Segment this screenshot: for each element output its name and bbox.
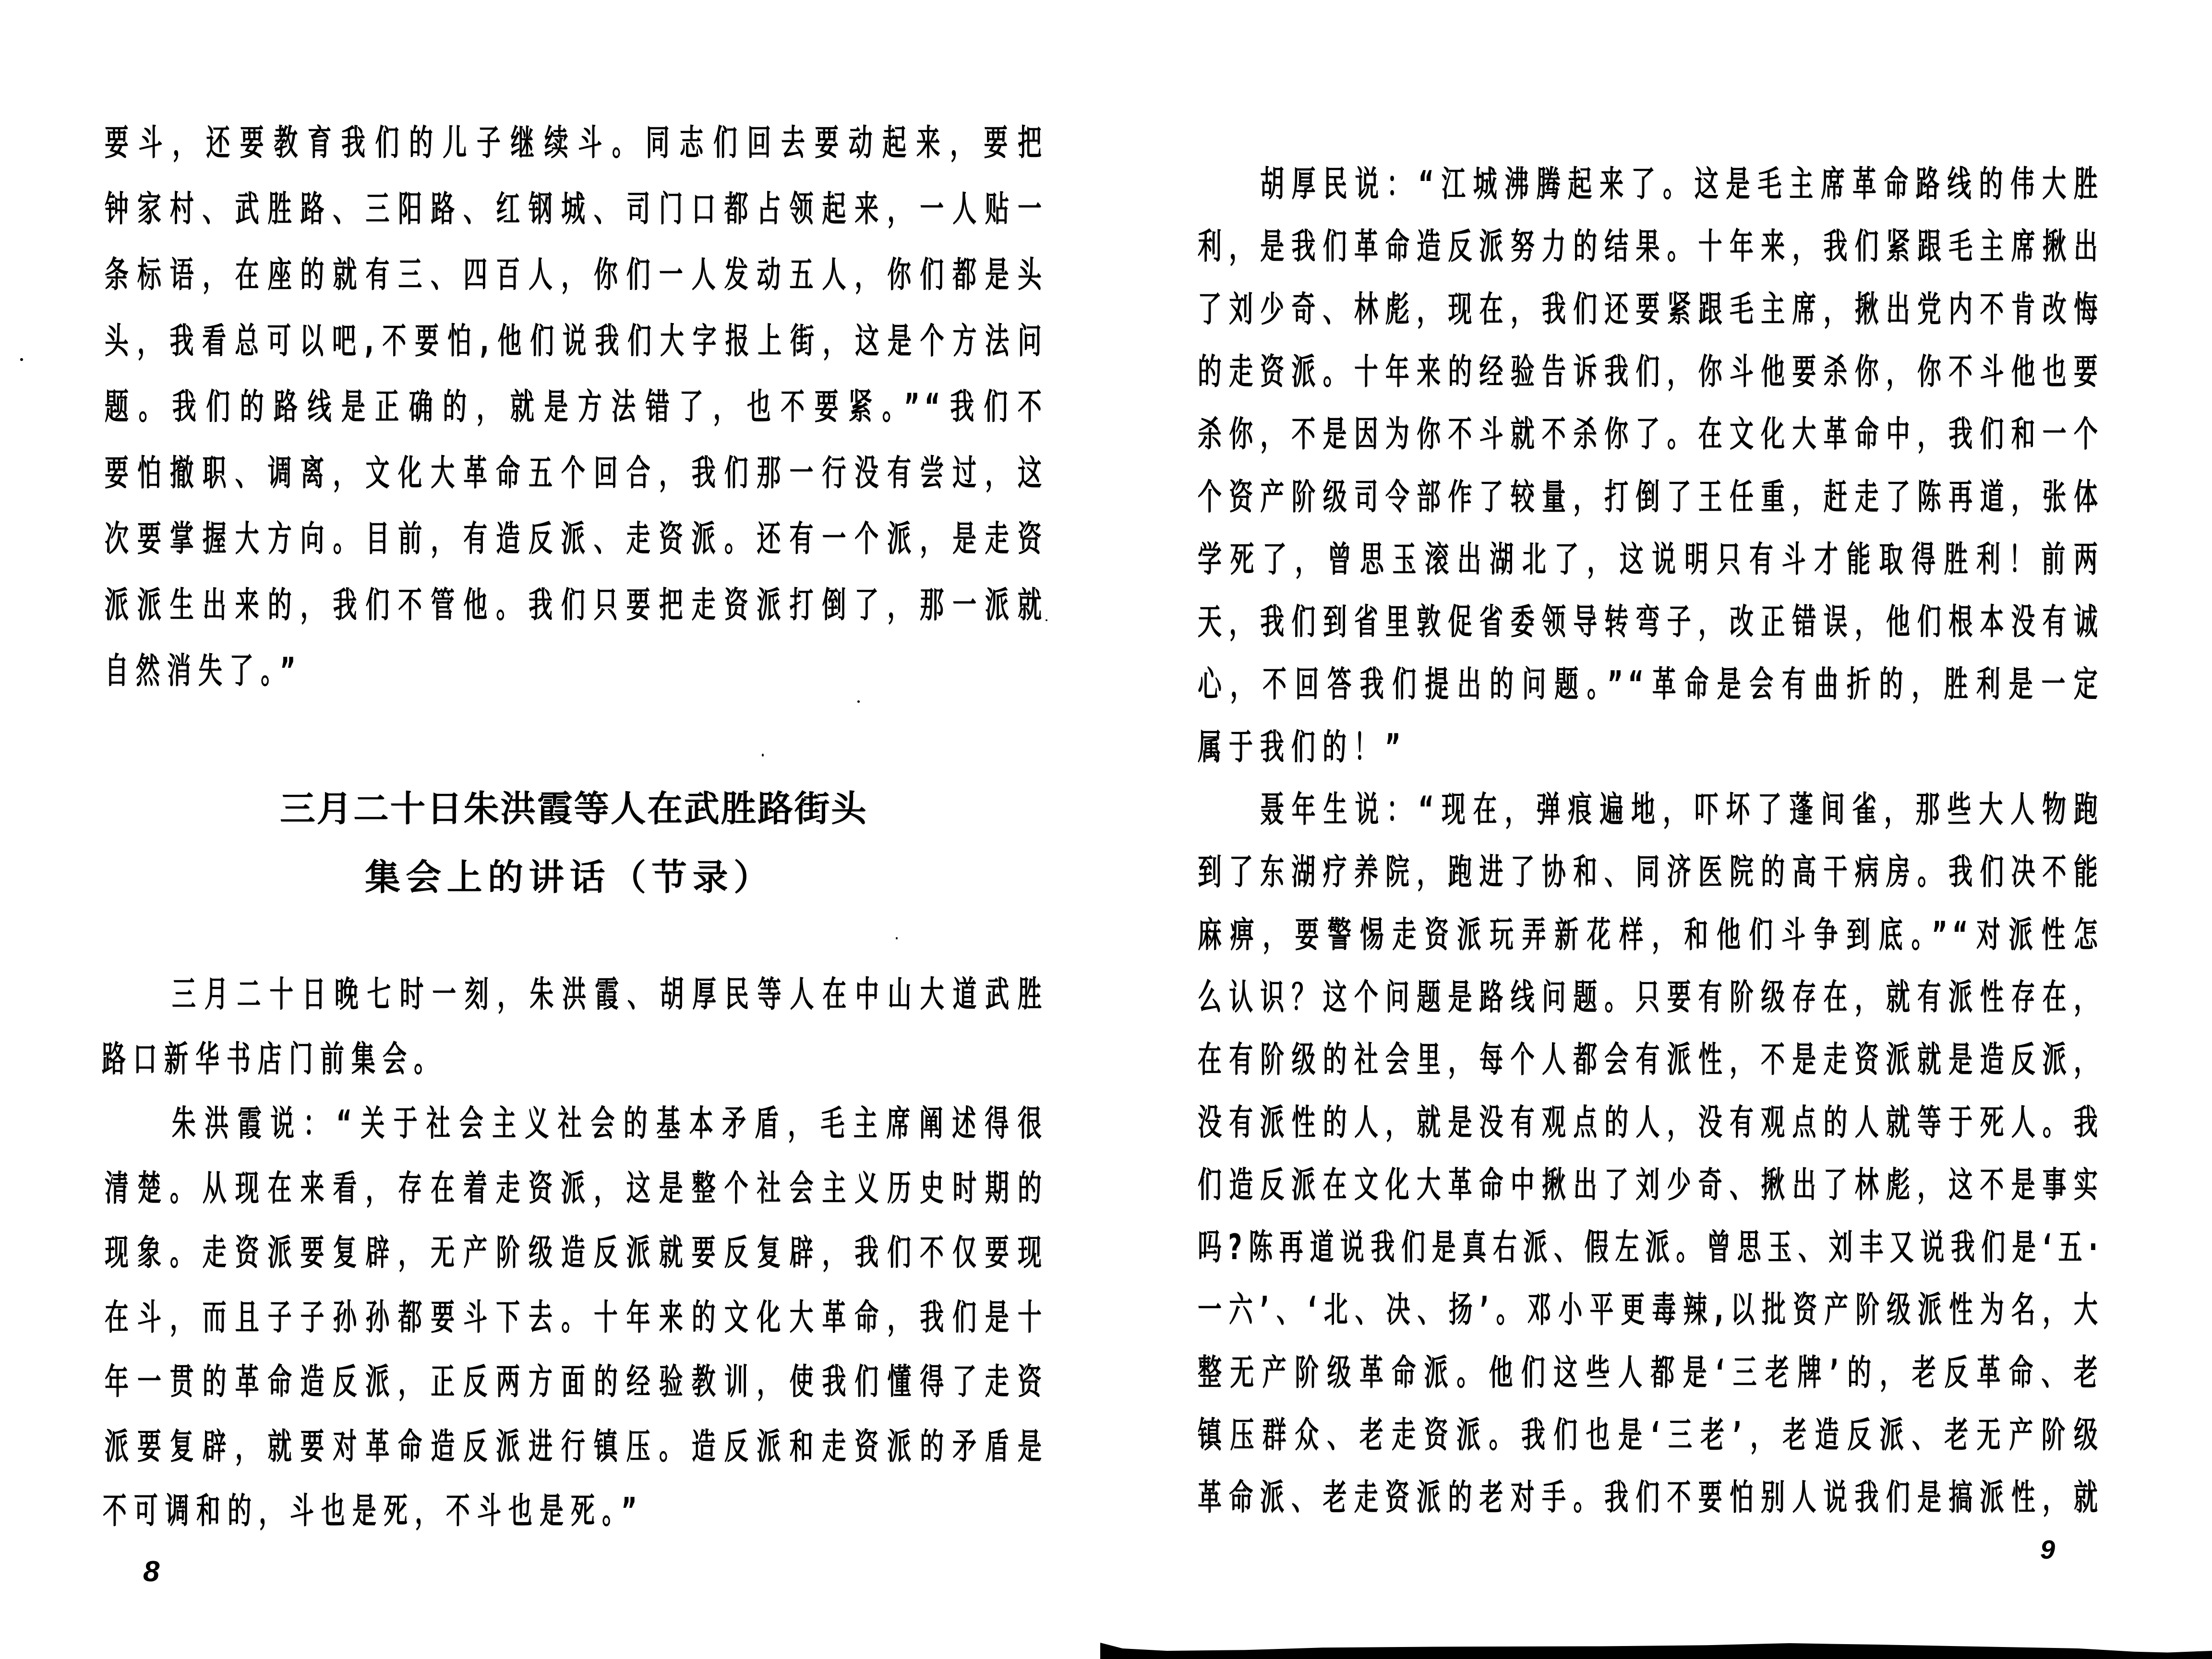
page-number: 8 (143, 1557, 159, 1587)
speech-line: 学死了，曾思玉滚出湖北了，这说明只有斗才能取得胜利！前两 (1198, 531, 2103, 587)
scan-speck (762, 754, 764, 757)
speech-line: 吗?陈再道说我们是真右派、假左派。曾思玉、刘丰又说我们是‘五· (1198, 1219, 2103, 1275)
speech-line: 一六’、‘北、决、扬’。邓小平更毒辣,以批资产阶级派性为名，大 (1198, 1282, 2103, 1337)
speech-line: 革命派、老走资派的老对手。我们不要怕别人说我们是搞派性，就 (1198, 1469, 2103, 1525)
speech-line: 杀你，不是因为你不斗就不杀你了。在文化大革命中，我们和一个 (1198, 406, 2103, 462)
speech-line: 清楚。从现在来看，存在着走资派，这是整个社会主义历史时期的 (105, 1160, 1046, 1216)
speech-line: 到了东湖疗养院，跑进了协和、同济医院的高干病房。我们决不能 (1198, 844, 2103, 900)
speech-line: 在有阶级的社会里，每个人都会有派性，不是走资派就是造反派， (1198, 1032, 2103, 1087)
speech-line: 了刘少奇、林彪，现在，我们还要紧跟毛主席，揪出党内不肯改悔 (1198, 281, 2103, 337)
continuation-line: 次要掌握大方向。目前，有造反派、走资派。还有一个派，是走资 (105, 511, 1046, 566)
speech-line: 属于我们的！” (1198, 719, 1408, 775)
continuation-line: 自然消失了。” (105, 643, 303, 698)
continuation-line: 钟家村、武胜路、三阳路、红钢城、司门口都占领起来，一人贴一 (105, 181, 1046, 237)
section-title-subtitle: 集会上的讲话（节录） (365, 856, 769, 899)
intro-line: 路口新华书店门前集会。 (102, 1031, 445, 1087)
speech-line: 没有派性的人，就是没有观点的人，没有观点的人就等于死人。我 (1198, 1094, 2103, 1150)
continuation-line: 要怕撤职、调离，文化大革命五个回合，我们那一行没有尝过，这 (105, 445, 1046, 501)
speech-line: 的走资派。十年来的经验告诉我们，你斗他要杀你，你不斗他也要 (1198, 344, 2103, 399)
speech-line: 麻痹，要警惕走资派玩弄新花样，和他们斗争到底。”“对派性怎 (1198, 907, 2103, 962)
intro-line: 三月二十日晚七时一刻，朱洪霞、胡厚民等人在中山大道武胜 (172, 966, 1046, 1022)
speech-line: 个资产阶级司令部作了较量，打倒了王任重，赶走了陈再道，张体 (1198, 469, 2103, 525)
continuation-line: 题。我们的路线是正确的，就是方法错了，也不要紧。”“我们不 (105, 379, 1046, 434)
speech-line: 么认识？这个问题是路线问题。只要有阶级存在，就有派性存在， (1198, 969, 2103, 1025)
continuation-line: 派派生出来的，我们不管他。我们只要把走资派打倒了，那一派就 (105, 577, 1046, 633)
left-page: 要斗，还要教育我们的儿子继续斗。同志们回去要动起来，要把 钟家村、武胜路、三阳路… (0, 0, 1106, 1659)
speech-line: 心，不回答我们提出的问题。”“革命是会有曲折的，胜利是一定 (1198, 656, 2103, 712)
scan-speck (857, 700, 860, 703)
speech-line: 们造反派在文化大革命中揪出了刘少奇、揪出了林彪，这不是事实 (1198, 1157, 2103, 1213)
speech-line: 天，我们到省里敦促省委领导转弯子，改正错误，他们根本没有诚 (1198, 594, 2103, 649)
speech-line: 胡厚民说：“江城沸腾起来了。这是毛主席革命路线的伟大胜 (1260, 156, 2103, 212)
speech-line: 派要复辟，就要对革命造反派进行镇压。造反派和走资派的矛盾是 (105, 1419, 1046, 1474)
scan-speck (20, 358, 23, 361)
page-number: 9 (2040, 1536, 2055, 1563)
speech-line: 聂年生说：“现在，弹痕遍地，吓坏了蓬间雀，那些大人物跑 (1260, 781, 2103, 837)
speech-line: 镇压群众、老走资派。我们也是‘三老’，老造反派、老无产阶级 (1198, 1407, 2103, 1463)
continuation-line: 头，我看总可以吧,不要怕,他们说我们大字报上街，这是个方法问 (105, 313, 1046, 369)
continuation-line: 条标语，在座的就有三、四百人，你们一人发动五人，你们都是头 (105, 247, 1046, 302)
section-title: 三月二十日朱洪霞等人在武胜路街头 (280, 787, 866, 830)
speech-line: 朱洪霞说：“关于社会主义社会的基本矛盾，毛主席阐述得很 (172, 1095, 1046, 1151)
speech-line: 年一贯的革命造反派，正反两方面的经验教训，使我们懂得了走资 (105, 1354, 1046, 1409)
speech-line: 现象。走资派要复辟，无产阶级造反派就要反复辟，我们不仅要现 (105, 1225, 1046, 1280)
speech-line: 利，是我们革命造反派努力的结果。十年来，我们紧跟毛主席揪出 (1198, 218, 2103, 274)
speech-line: 不可调和的，斗也是死，不斗也是死。” (103, 1483, 644, 1539)
scan-speck (1046, 619, 1047, 621)
speech-line: 整无产阶级革命派。他们这些人都是‘三老牌’的，老反革命、老 (1198, 1345, 2103, 1400)
speech-line: 在斗，而且子子孙孙都要斗下去。十年来的文化大革命，我们是十 (105, 1289, 1046, 1345)
right-page: 胡厚民说：“江城沸腾起来了。这是毛主席革命路线的伟大胜 利，是我们革命造反派努力… (1106, 0, 2212, 1659)
continuation-line: 要斗，还要教育我们的儿子继续斗。同志们回去要动起来，要把 (105, 115, 1046, 170)
scan-speck (896, 937, 898, 939)
